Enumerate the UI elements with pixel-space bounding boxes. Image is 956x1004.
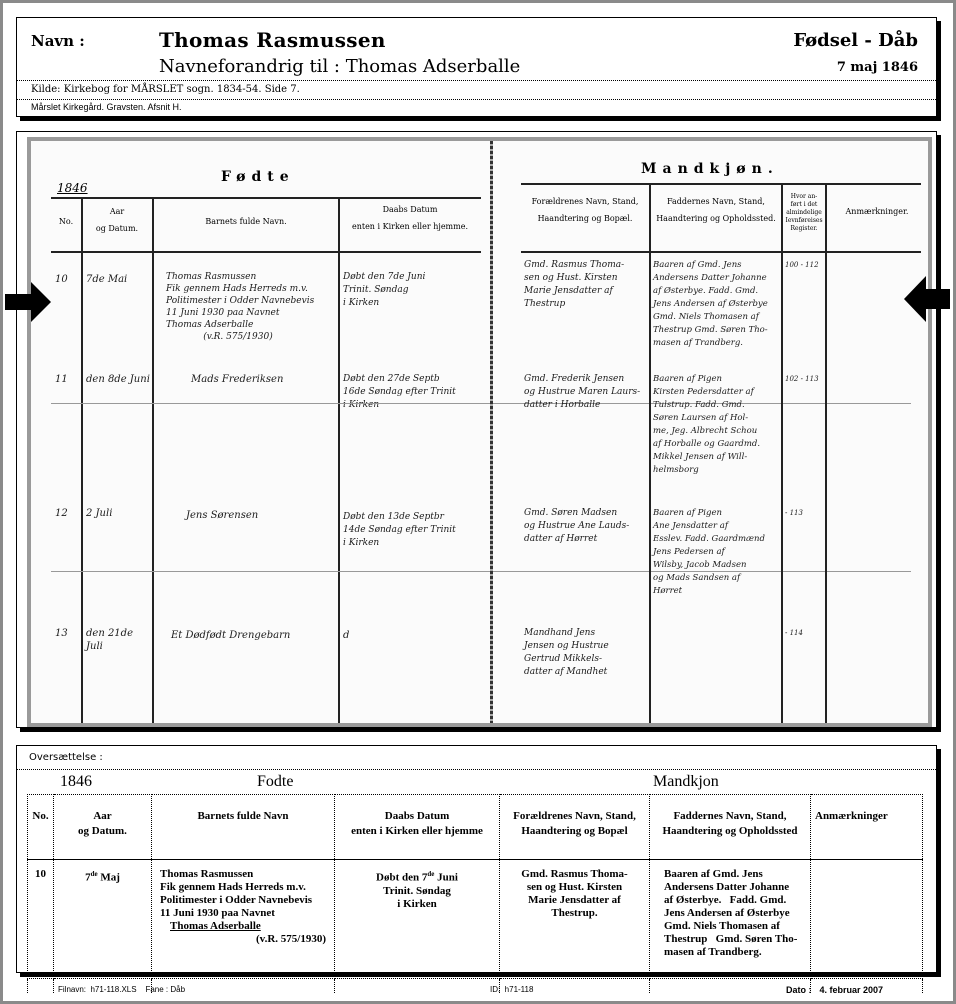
baptism-text: Døbt den 7 [376, 872, 427, 884]
scan-row-baptism: Døbt den 13de Septbr 14de Søndag efter T… [343, 511, 456, 550]
col-header-child: Barnets fulde Navn [152, 795, 335, 860]
godparents-text: masen af Trandberg. [664, 946, 810, 959]
scan-row-godparents: Baaren af Pigen Kirsten Pedersdatter af … [653, 373, 760, 477]
godparents-text: Baaren af Gmd. Jens [664, 868, 810, 881]
scan-row-date: den 8de Juni [86, 373, 150, 386]
scan-row-godparents: Baaren af Pigen Ane Jensdatter af Esslev… [653, 507, 765, 598]
child-name: Thomas Rasmussen [160, 868, 334, 881]
scan-col-parents: Forældrenes Navn, Stand, Haandtering og … [521, 193, 649, 227]
scan-row-register: - 113 [785, 507, 803, 520]
name-change: Navneforandrig til : Thomas Adserballe [159, 56, 520, 77]
parents-text: Thestrup. [500, 907, 649, 920]
event-date: 7 maj 1846 [837, 60, 918, 75]
cell-baptism: Døbt den 7de Juni Trinit. Søndag i Kirke… [335, 860, 500, 979]
cell-child: Thomas Rasmussen Fik gennem Hads Herreds… [152, 860, 335, 979]
child-note: Politimester i Odder Navnebevis [160, 894, 334, 907]
footer-id: ID: h71-118 [490, 985, 533, 994]
translation-panel: Oversættelse : 1846 Fodte Mandkjon No. A… [16, 745, 937, 973]
rule [51, 251, 481, 253]
source-line: Kilde: Kirkebog for MÅRSLET sogn. 1834-5… [31, 84, 300, 95]
scan-row-child: Mads Frederiksen [191, 373, 283, 386]
rule [521, 183, 921, 185]
table-header-row: No. Aar og Datum. Barnets fulde Navn Daa… [28, 795, 923, 860]
scan-year: 1846 [57, 181, 88, 195]
scan-col-register: Hvor an- ført i det almindelige Ievnføre… [783, 193, 825, 233]
scan-row-no: 12 [55, 507, 68, 520]
scan-col-godparents: Faddernes Navn, Stand, Haandtering og Op… [651, 193, 781, 227]
translation-title-left: Fodte [257, 773, 293, 791]
scan-row-no: 13 [55, 627, 68, 640]
scan-row-date: den 21de Juli [86, 627, 133, 653]
church-book-scan-image: 1846 Fødte No. Aar og Datum. Barnets ful… [27, 137, 932, 727]
parents-text: sen og Hust. Kirsten [500, 881, 649, 894]
scan-row-parents: Gmd. Rasmus Thoma- sen og Hust. Kirsten … [524, 259, 624, 311]
scan-col-date: Aar og Datum. [83, 203, 151, 237]
scan-row-godparents: Baaren af Gmd. Jens Andersens Datter Joh… [653, 259, 768, 350]
cell-empty [28, 979, 54, 994]
scan-title-left: Fødte [221, 169, 295, 185]
scan-row-parents: Mandhand Jens Jensen og Hustrue Gertrud … [524, 627, 609, 679]
child-note: Fik gennem Hads Herreds m.v. [160, 881, 334, 894]
cell-no: 10 [28, 860, 54, 979]
cell-parents: Gmd. Rasmus Thoma- sen og Hust. Kirsten … [500, 860, 650, 979]
translation-label: Oversættelse : [29, 752, 103, 763]
godparents-text: af Østerbye. Fadd. Gmd. [664, 894, 810, 907]
scan-row-date: 2 Juli [86, 507, 112, 520]
godparents-text: Andersens Datter Johanne [664, 881, 810, 894]
godparents-text: Thestrup Gmd. Søren Tho- [664, 933, 810, 946]
scan-row-baptism: d [343, 629, 349, 642]
scan-col-no: No. [51, 213, 81, 230]
rule [152, 197, 154, 727]
col-header-no: No. [28, 795, 54, 860]
person-name: Thomas Rasmussen [159, 28, 386, 52]
table-row: 10 7de Maj Thomas Rasmussen Fik gennem H… [28, 860, 923, 979]
col-header-godparents: Faddernes Navn, Stand, Haandtering og Op… [650, 795, 811, 860]
rule [521, 251, 921, 253]
godparents-text: Jens Andersen af Østerbye [664, 907, 810, 920]
translation-year: 1846 [60, 773, 92, 791]
godparents-text: Gmd. Niels Thomasen af [664, 920, 810, 933]
rule [825, 183, 827, 723]
col-header-date: Aar og Datum. [54, 795, 152, 860]
scan-row-register: - 114 [785, 627, 803, 640]
divider [17, 99, 936, 100]
cell-remarks [811, 860, 923, 979]
col-header-remarks: Anmærkninger [811, 795, 923, 860]
date-month: Maj [100, 872, 120, 884]
cell-date: 7de Maj [54, 860, 152, 979]
scan-row-no: 10 [55, 273, 68, 286]
col-header-parents: Forældrenes Navn, Stand, Haandtering og … [500, 795, 650, 860]
name-label: Navn : [31, 32, 85, 50]
scan-row-child: Thomas Rasmussen Fik gennem Hads Herreds… [166, 271, 314, 343]
translation-title-right: Mandkjon [653, 773, 719, 791]
arrow-left-icon [904, 276, 950, 322]
scan-row-register: 102 - 113 [785, 373, 819, 386]
parents-text: Marie Jensdatter af [500, 894, 649, 907]
record-header: Navn : Thomas Rasmussen Navneforandrig t… [16, 17, 937, 117]
scan-row-parents: Gmd. Frederik Jensen og Hustrue Maren La… [524, 373, 640, 412]
child-new-name: Thomas Adserballe [160, 920, 334, 933]
footer-date-value: 4. februar 2007 [820, 985, 884, 995]
scan-row-register: 100 - 112 [785, 259, 819, 272]
rule [81, 197, 83, 727]
scan-row-no: 11 [55, 373, 68, 386]
church-book-scan-panel: 1846 Fødte No. Aar og Datum. Barnets ful… [16, 131, 937, 728]
child-note: 11 Juni 1930 paa Navnet [160, 907, 334, 920]
scan-row-date: 7de Mai [86, 273, 127, 286]
baptism-text: i Kirken [335, 898, 499, 911]
scan-title-right: Mandkjøn. [641, 161, 779, 177]
divider [17, 80, 936, 81]
child-reference: (v.R. 575/1930) [160, 933, 334, 946]
cell-godparents: Baaren af Gmd. Jens Andersens Datter Joh… [650, 860, 811, 979]
date-suffix: de [91, 870, 98, 878]
scan-row-parents: Gmd. Søren Madsen og Hustrue Ane Lauds- … [524, 507, 629, 546]
baptism-text: Juni [434, 872, 458, 884]
scan-col-child: Barnets fulde Navn. [154, 213, 338, 230]
footer-filename: Filnavn: h71-118.XLS Fane : Dåb [58, 985, 185, 994]
event-type: Fødsel - Dåb [793, 30, 918, 51]
footer-date-label: Dato : [786, 985, 812, 995]
rule [781, 183, 783, 723]
cell-empty [335, 979, 500, 994]
baptism-text: Trinit. Søndag [335, 885, 499, 898]
rule [649, 183, 651, 723]
parents-text: Gmd. Rasmus Thoma- [500, 868, 649, 881]
page-fold [490, 141, 493, 723]
divider [17, 769, 936, 770]
arrow-right-icon [5, 282, 51, 322]
scan-row-baptism: Døbt den 27de Septb 16de Søndag efter Tr… [343, 373, 456, 412]
footer-date: Dato :4. februar 2007 [786, 985, 883, 995]
rule [51, 197, 481, 199]
scan-col-remarks: Anmærkninger. [827, 203, 927, 220]
scan-row-child: Et Dødfødt Drengebarn [171, 629, 290, 642]
rule [338, 197, 340, 727]
scan-row-baptism: Døbt den 7de Juni Trinit. Søndag i Kirke… [343, 271, 425, 310]
scan-col-baptism: Daabs Datum enten i Kirken eller hjemme. [340, 201, 480, 235]
scan-row-child: Jens Sørensen [186, 509, 258, 522]
translation-table: No. Aar og Datum. Barnets fulde Navn Daa… [27, 794, 923, 993]
grave-line: Mårslet Kirkegård. Gravsten. Afsnit H. [31, 102, 182, 112]
col-header-baptism: Daabs Datum enten i Kirken eller hjemme [335, 795, 500, 860]
